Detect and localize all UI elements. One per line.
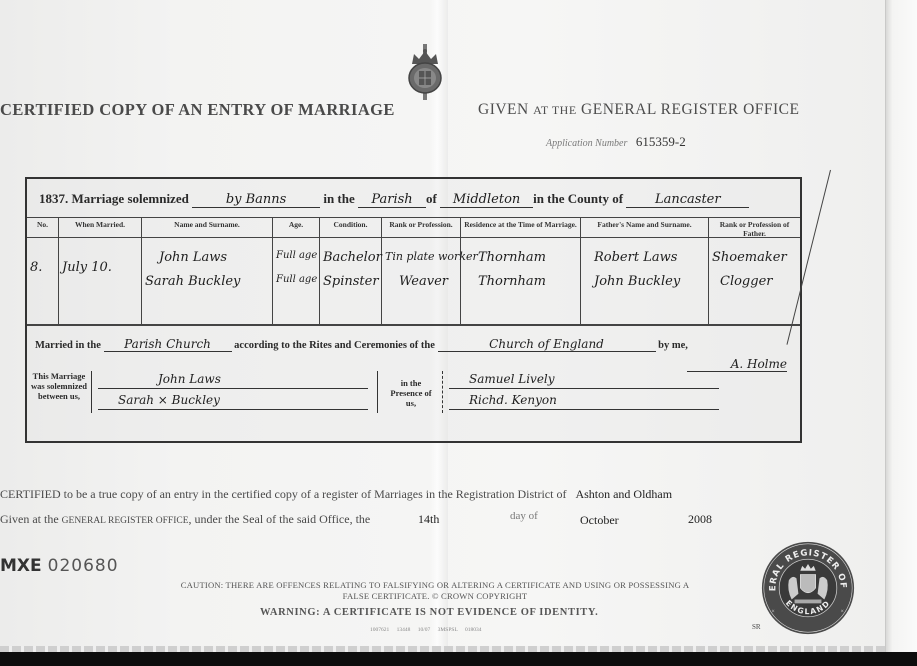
witness-signatures: Samuel Lively Richd. Kenyon — [442, 371, 718, 413]
column-header: Father's Name and Surname. — [581, 218, 708, 238]
groom-name: John Laws — [156, 250, 230, 265]
column-header: Rank or Profession. — [382, 218, 460, 238]
office-name: GENERAL REGISTER OFFICE — [581, 101, 799, 118]
serial-prefix: MXE — [0, 556, 42, 576]
column-header: When Married. — [59, 218, 141, 238]
column-father-rank: Rank or Profession of Father. Shoemaker … — [709, 218, 800, 324]
column-header: Age. — [273, 218, 319, 238]
caution-line-1: CAUTION: THERE ARE OFFENCES RELATING TO … — [145, 580, 725, 591]
solemnized-by: by Banns — [192, 192, 320, 208]
column-header: No. — [27, 218, 58, 238]
between-us-label: This Marriage was solemnized between us, — [31, 371, 87, 401]
entry-number: 8. — [27, 260, 45, 275]
paper-edge — [885, 0, 917, 652]
office-text: GENERAL REGISTER OFFICE — [62, 516, 189, 526]
county-name: Lancaster — [626, 192, 749, 208]
column-no: No. 8. — [27, 218, 59, 324]
column-header: Name and Surname. — [142, 218, 272, 238]
marriage-date: July 10. — [59, 260, 115, 275]
given-label: GIVEN — [478, 101, 529, 118]
day-of-label: day of — [510, 510, 538, 522]
bride-father-rank: Clogger — [717, 274, 775, 289]
married-in-place: Parish Church — [104, 337, 232, 352]
column-condition: Condition. Bachelor Spinster — [320, 218, 382, 324]
issue-day: 14th — [418, 512, 439, 527]
groom-father: Robert Laws — [591, 250, 680, 265]
column-header: Rank or Profession of Father. — [709, 218, 800, 238]
bride-condition: Spinster — [320, 274, 382, 289]
certificate-title: CERTIFIED COPY OF AN ENTRY OF MARRIAGE — [0, 100, 395, 120]
register-entry: 1837. Marriage solemnized by Banns in th… — [25, 177, 802, 443]
svg-text:×: × — [772, 609, 775, 615]
party-signatures: John Laws Sarah × Buckley — [91, 371, 378, 413]
solemnized-label: Marriage solemnized — [72, 191, 189, 206]
groom-residence: Thornham — [475, 250, 549, 265]
officiant-signature: A. Holme — [687, 357, 787, 372]
column-when-married: When Married. July 10. — [59, 218, 142, 324]
certification-text: CERTIFIED to be a true copy of an entry … — [0, 487, 566, 501]
column-header: Residence at the Time of Marriage. — [461, 218, 580, 238]
issuing-office-title: GIVEN AT THE GENERAL REGISTER OFFICE — [478, 101, 800, 119]
place-name: Middleton — [440, 192, 533, 208]
register-table: No. 8. When Married. July 10. Name and S… — [27, 217, 800, 326]
column-father-name: Father's Name and Surname. Robert Laws J… — [581, 218, 709, 324]
column-name: Name and Surname. John Laws Sarah Buckle… — [142, 218, 273, 324]
issue-year: 2008 — [688, 512, 712, 527]
in-the-label: in the — [323, 191, 354, 206]
identity-warning: WARNING: A CERTIFICATE IS NOT EVIDENCE O… — [260, 607, 598, 618]
issue-month: October — [580, 513, 619, 528]
of-label: of — [426, 191, 437, 206]
bride-signature: Sarah × Buckley — [98, 393, 368, 410]
married-in-line: Married in the Parish Church according t… — [35, 337, 688, 352]
by-me-label: by me, — [658, 340, 688, 351]
bride-rank: Weaver — [396, 274, 451, 289]
rites-label: according to the Rites and Ceremonies of… — [234, 340, 435, 351]
application-number-label: Application Number — [546, 138, 627, 149]
caution-line-2: FALSE CERTIFICATE. © CROWN COPYRIGHT — [145, 591, 725, 602]
bride-age: Full age — [273, 274, 320, 285]
witness-2-signature: Richd. Kenyon — [449, 393, 719, 410]
column-age: Age. Full age Full age — [273, 218, 320, 324]
rites-value: Church of England — [438, 337, 656, 352]
column-header: Condition. — [320, 218, 381, 238]
given-line: Given at the GENERAL REGISTER OFFICE, un… — [0, 512, 370, 527]
caution-notice: CAUTION: THERE ARE OFFENCES RELATING TO … — [145, 580, 725, 602]
royal-crest-icon — [400, 42, 450, 102]
presence-label: in the Presence of us, — [387, 378, 435, 408]
certification-line: CERTIFIED to be a true copy of an entry … — [0, 487, 672, 502]
column-rank: Rank or Profession. Tin plate worker Wea… — [382, 218, 461, 324]
bride-father: John Buckley — [591, 274, 683, 289]
place-type: Parish — [358, 192, 426, 208]
register-year: 1837 — [39, 191, 65, 206]
bride-residence: Thornham — [475, 274, 549, 289]
column-residence: Residence at the Time of Marriage. Thorn… — [461, 218, 581, 324]
register-heading: 1837. Marriage solemnized by Banns in th… — [39, 191, 749, 208]
groom-father-rank: Shoemaker — [709, 250, 790, 265]
witness-1-signature: Samuel Lively — [449, 372, 719, 389]
bride-name: Sarah Buckley — [142, 274, 243, 289]
svg-text:×: × — [841, 609, 844, 615]
serial-number: MXE020680 — [0, 556, 119, 576]
seal-text: , under the Seal of the said Office, the — [189, 512, 371, 526]
county-label: in the County of — [533, 191, 623, 206]
groom-condition: Bachelor — [320, 250, 385, 265]
groom-signature: John Laws — [98, 372, 368, 389]
given-text: Given at the — [0, 512, 59, 526]
application-number: Application Number 615359-2 — [546, 134, 686, 150]
groom-age: Full age — [273, 250, 320, 261]
serial-value: 020680 — [48, 556, 119, 576]
scan-border — [0, 652, 917, 666]
at-the-label: AT THE — [533, 103, 577, 117]
gro-seal-icon: GENERAL REGISTER OFFICE ENGLAND × × — [760, 540, 856, 636]
registration-district: Ashton and Oldham — [575, 487, 672, 501]
application-number-value: 615359-2 — [636, 134, 686, 149]
print-codes: 1007621 13448 10/07 3MSPSL 018034 — [370, 627, 482, 633]
married-in-label: Married in the — [35, 340, 101, 351]
